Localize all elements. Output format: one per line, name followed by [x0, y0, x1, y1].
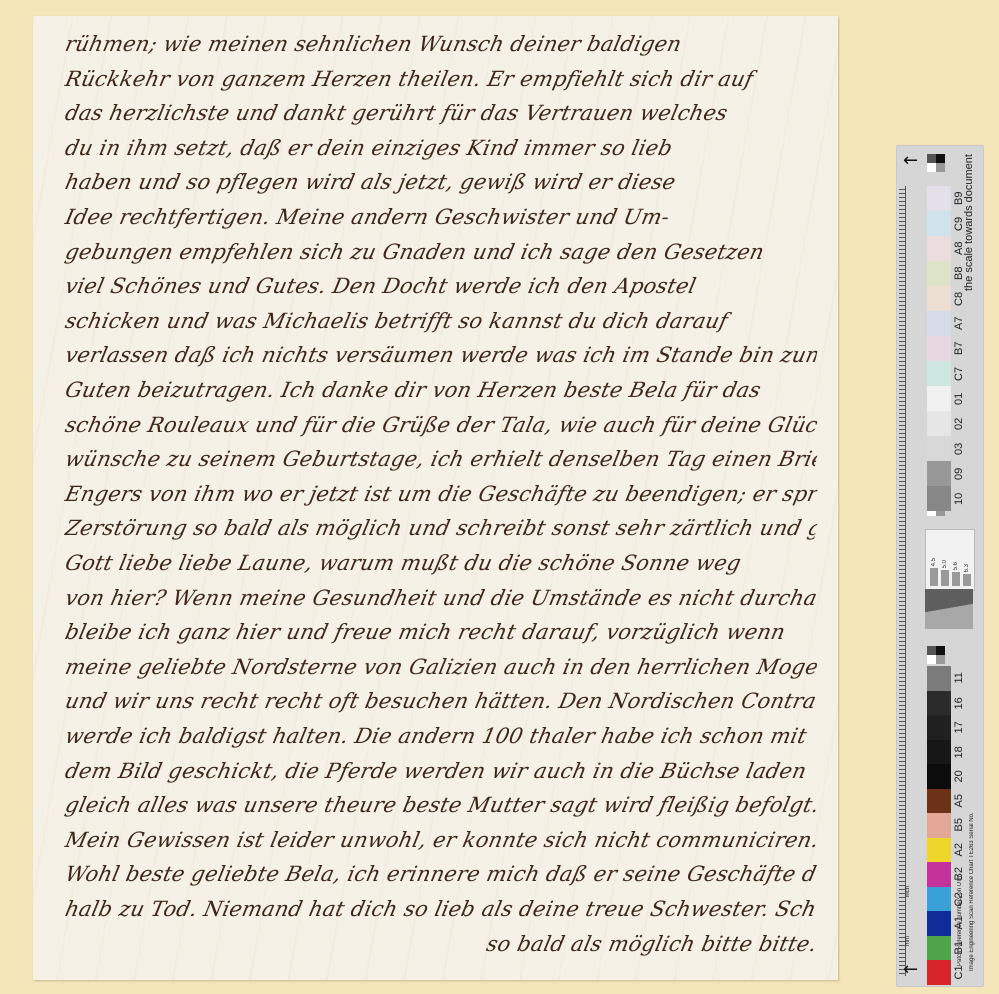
arrow-left-icon: ←: [903, 961, 918, 979]
unit-mm: mm: [905, 936, 911, 946]
handwritten-line: viel Schönes und Gutes. Den Docht werde …: [63, 274, 819, 298]
handwritten-line: wünsche zu seinem Geburtstage, ich erhie…: [63, 447, 819, 471]
handwritten-line: meine geliebte Nordsterne von Galizien a…: [63, 655, 819, 679]
patch-label: C9: [953, 211, 969, 236]
handwritten-line: von hier? Wenn meine Gesundheit und die …: [63, 586, 819, 610]
color-patch-c9: [927, 211, 951, 236]
patch-label: A8: [953, 236, 969, 261]
handwritten-line: du in ihm setzt, daß er dein einziges Ki…: [63, 136, 819, 160]
res-label: 4.5: [931, 558, 937, 566]
patch-label: 11: [953, 666, 969, 691]
color-patch-16: [927, 691, 951, 716]
color-patch-a2: [927, 838, 951, 863]
color-patch-20: [927, 764, 951, 789]
patch-label: A1: [953, 911, 969, 936]
res-label: 5.0: [942, 560, 948, 568]
handwritten-line: werde ich baldigst halten. Die andern 10…: [63, 724, 819, 748]
color-patch-b1: [927, 936, 951, 961]
color-scale-card: ← the scale towards document 4.5 5.0 5.6…: [896, 145, 984, 987]
color-patch-09: [927, 461, 951, 486]
res-label: 5.6: [953, 562, 959, 570]
handwritten-line: gleich alles was unsere theure beste Mut…: [63, 793, 819, 817]
handwritten-line: bleibe ich ganz hier und freue mich rech…: [63, 620, 819, 644]
handwritten-line: das herzlichste und dankt gerührt für da…: [63, 101, 819, 125]
color-patch-a1: [927, 911, 951, 936]
slanted-edge-target: [925, 589, 973, 629]
patch-label: B5: [953, 813, 969, 838]
patch-label: C1: [953, 960, 969, 985]
patch-label: 10: [953, 486, 969, 511]
gray-square-marker-top: [927, 154, 945, 172]
color-patch-a5: [927, 789, 951, 814]
arrow-left-icon: ←: [903, 152, 918, 170]
handwritten-line: gebungen empfehlen sich zu Gnaden und ic…: [63, 240, 819, 264]
patch-label: 01: [953, 386, 969, 411]
color-patch-03: [927, 436, 951, 461]
color-patch-11: [927, 666, 951, 691]
handwritten-line: Zerstörung so bald als möglich und schre…: [63, 516, 819, 540]
color-patch-b2: [927, 862, 951, 887]
color-patch-c7: [927, 361, 951, 386]
patch-label: 20: [953, 764, 969, 789]
handwritten-line: Rückkehr von ganzem Herzen theilen. Er e…: [63, 67, 819, 91]
color-patch-02: [927, 411, 951, 436]
unit-inch: inch: [905, 886, 911, 897]
patch-label: A5: [953, 789, 969, 814]
handwritten-line: schöne Rouleaux und für die Grüße der Ta…: [63, 413, 819, 437]
handwritten-line: Guten beizutragen. Ich danke dir von Her…: [63, 378, 819, 402]
handwritten-line: Engers von ihm wo er jetzt ist um die Ge…: [63, 482, 819, 506]
patch-label: B2: [953, 862, 969, 887]
color-patch-18: [927, 740, 951, 765]
handwritten-line: verlassen daß ich nichts versäumen werde…: [63, 343, 819, 367]
scale-footer: Image Engineering Scan Reference Chart T…: [969, 801, 975, 971]
ruler-ticks: [899, 186, 921, 976]
letter-page: rühmen; wie meinen sehnlichen Wunsch dei…: [33, 16, 838, 980]
color-patch-b7: [927, 336, 951, 361]
color-patch-b5: [927, 813, 951, 838]
color-patch-c8: [927, 286, 951, 311]
patch-label: B7: [953, 336, 969, 361]
handwritten-line: Mein Gewissen ist leider unwohl, er konn…: [63, 828, 819, 852]
color-patch-01: [927, 386, 951, 411]
handwritten-line: Gott liebe liebe Laune, warum mußt du di…: [63, 551, 819, 575]
color-patch-a7: [927, 311, 951, 336]
handwritten-line: Idee rechtfertigen. Meine andern Geschwi…: [63, 205, 819, 229]
handwritten-line: dem Bild geschickt, die Pferde werden wi…: [63, 759, 819, 783]
color-patch-a8: [927, 236, 951, 261]
patch-label: 16: [953, 691, 969, 716]
color-patch-c1: [927, 960, 951, 985]
patch-label: B8: [953, 261, 969, 286]
handwritten-line: rühmen; wie meinen sehnlichen Wunsch dei…: [63, 32, 819, 56]
color-patch-b8: [927, 261, 951, 286]
color-patch-10: [927, 486, 951, 511]
patch-label: 03: [953, 436, 969, 461]
patch-label: B9: [953, 186, 969, 211]
handwritten-line: halb zu Tod. Niemand hat dich so lieb al…: [63, 897, 819, 921]
handwritten-line: und wir uns recht recht oft besuchen hät…: [63, 689, 819, 713]
patch-label: A2: [953, 838, 969, 863]
handwritten-line: Wohl beste geliebte Bela, ich erinnere m…: [63, 862, 819, 886]
color-patch-c2: [927, 887, 951, 912]
patch-label: 18: [953, 740, 969, 765]
color-patch-17: [927, 715, 951, 740]
color-patch-b9: [927, 186, 951, 211]
patch-label: B1: [953, 936, 969, 961]
handwritten-line: so bald als möglich bitte bitte.: [473, 932, 819, 956]
gray-square-marker-lower: [927, 646, 945, 664]
patch-label: 17: [953, 715, 969, 740]
patch-label: C2: [953, 887, 969, 912]
patch-label: C8: [953, 286, 969, 311]
patch-label: 09: [953, 461, 969, 486]
handwritten-line: haben und so pflegen wird als jetzt, gew…: [63, 170, 819, 194]
patch-label: C7: [953, 361, 969, 386]
handwritten-line: schicken und was Michaelis betrifft so k…: [63, 309, 819, 333]
res-label: 6.3: [964, 564, 970, 572]
patch-label: 02: [953, 411, 969, 436]
patch-label: A7: [953, 311, 969, 336]
resolution-target: 4.5 5.0 5.6 6.3: [925, 529, 975, 591]
